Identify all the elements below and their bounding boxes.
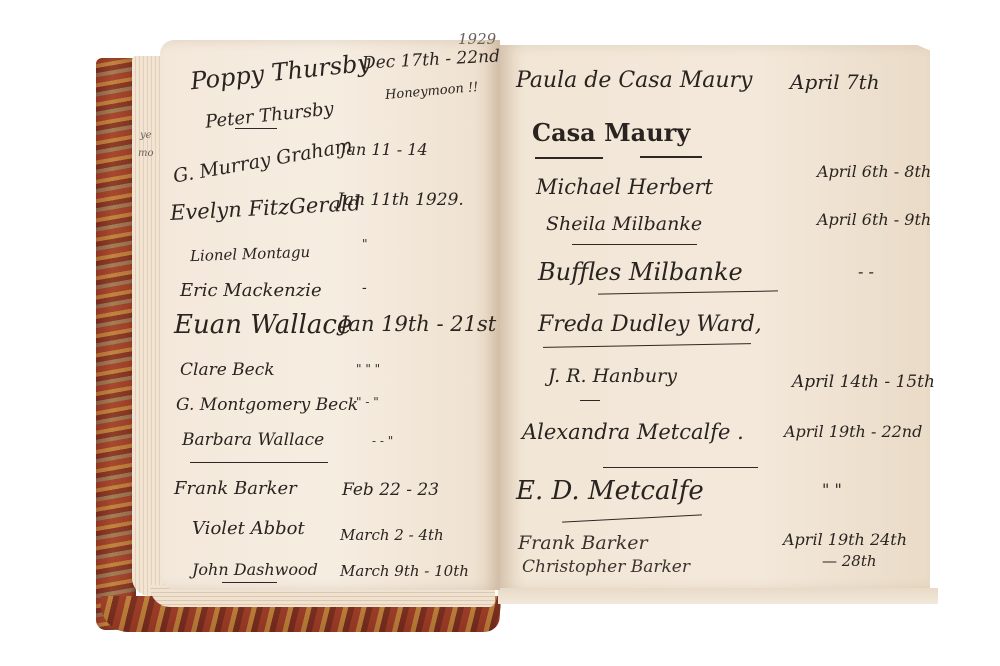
visit-date: March 2 - 4th bbox=[340, 526, 444, 544]
visit-date: " bbox=[362, 237, 368, 251]
guest-name: G. Montgomery Beck bbox=[176, 395, 358, 415]
visit-date: Feb 22 - 23 bbox=[342, 480, 439, 500]
guest-name: Freda Dudley Ward, bbox=[538, 312, 762, 337]
guest-name: Barbara Wallace bbox=[182, 430, 324, 450]
right-page-bottom bbox=[498, 588, 938, 604]
visit-date: April 7th bbox=[790, 70, 880, 94]
guest-name: Alexandra Metcalfe . bbox=[522, 420, 744, 444]
visit-date: Jan 19th - 21st bbox=[340, 312, 496, 336]
marbled-cover-edge bbox=[96, 58, 136, 630]
visit-date: March 9th - 10th bbox=[340, 562, 469, 580]
visit-date: April 6th - 9th bbox=[817, 210, 931, 229]
visit-date: April 6th - 8th bbox=[817, 162, 931, 181]
visit-date: " " " bbox=[356, 362, 380, 376]
visit-date: April 19th - 22nd bbox=[784, 422, 922, 441]
underline bbox=[640, 156, 702, 158]
visit-date: April 19th 24th bbox=[783, 530, 907, 549]
guest-name: Clare Beck bbox=[180, 360, 275, 380]
guest-name: Frank Barker bbox=[174, 478, 297, 499]
guest-name: Casa Maury bbox=[532, 118, 690, 147]
guest-name: E. D. Metcalfe bbox=[516, 476, 704, 506]
guest-name: Paula de Casa Maury bbox=[516, 68, 752, 93]
guest-name: Christopher Barker bbox=[522, 557, 690, 577]
underline bbox=[235, 128, 277, 129]
guest-name: Michael Herbert bbox=[536, 175, 713, 199]
guest-name: Sheila Milbanke bbox=[546, 213, 702, 235]
visit-date: April 14th - 15th bbox=[792, 372, 935, 392]
visit-date: - bbox=[362, 280, 367, 296]
guest-name: Euan Wallace bbox=[174, 310, 352, 340]
visit-date: Jan 11th 1929. bbox=[337, 190, 464, 210]
underline bbox=[572, 244, 697, 245]
visit-date: Jan 11 - 14 bbox=[340, 140, 428, 159]
margin-note: ye bbox=[140, 130, 152, 141]
underline bbox=[603, 467, 758, 468]
visit-date: " " bbox=[822, 480, 842, 499]
guest-name: Violet Abbot bbox=[192, 518, 305, 539]
guest-name: John Dashwood bbox=[192, 560, 318, 579]
guestbook-photo: ye mo 1929 Poppy Thursby Dec 17th - 22nd… bbox=[0, 0, 1000, 666]
guest-name: J. R. Hanbury bbox=[548, 365, 677, 387]
underline bbox=[580, 400, 600, 401]
visit-date: — 28th bbox=[822, 552, 877, 570]
year-note: 1929 bbox=[458, 30, 496, 48]
section-divider bbox=[190, 462, 328, 463]
visit-date: - - " bbox=[372, 434, 393, 448]
visit-date: - - bbox=[858, 262, 874, 281]
guest-name: Buffles Milbanke bbox=[538, 258, 743, 286]
underline bbox=[535, 157, 603, 159]
guest-name: Eric Mackenzie bbox=[180, 280, 322, 301]
guest-name: Frank Barker bbox=[518, 532, 648, 554]
margin-note: mo bbox=[138, 148, 154, 159]
underline bbox=[222, 582, 277, 583]
visit-date: " - " bbox=[356, 395, 379, 409]
